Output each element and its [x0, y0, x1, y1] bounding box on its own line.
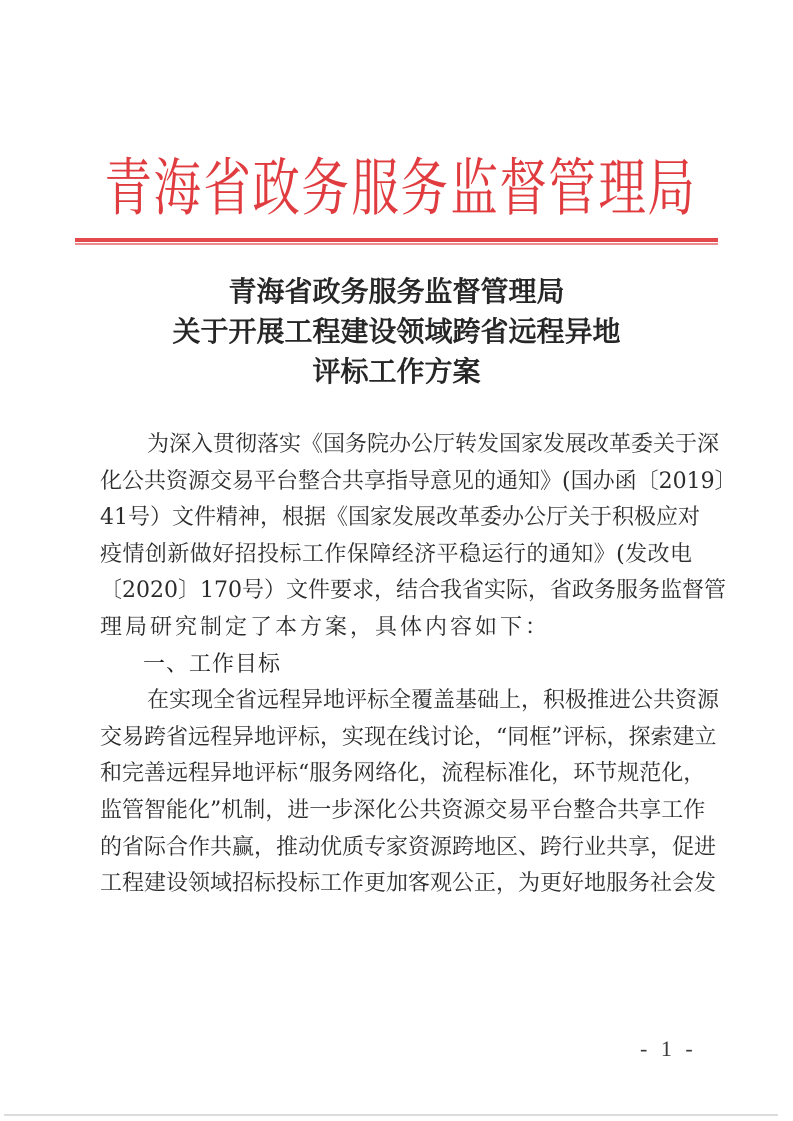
letterhead-char: 局 [647, 152, 687, 223]
letterhead-char: 督 [499, 152, 539, 223]
document-body: 为深入贯彻落实《国务院办公厅转发国家发展改革委关于深 化公共资源交易平台整合共享… [100, 427, 692, 903]
paragraph-line: 41号）文件精神，根据《国家发展改革委办公厅关于积极应对 [100, 500, 692, 537]
paragraph-line: 化公共资源交易平台整合共享指导意见的通知》(国办函〔2019〕 [100, 464, 692, 501]
letterhead-char: 务 [302, 152, 342, 223]
letterhead: 青 海 省 政 务 服 务 监 督 管 理 局 [100, 150, 692, 226]
paragraph-line: 在实现全省远程异地评标全覆盖基础上，积极推进公共资源 [100, 683, 692, 720]
title-line: 关于开展工程建设领域跨省远程异地 [0, 312, 793, 352]
letterhead-char: 青 [104, 152, 144, 223]
paragraph-line: 工程建设领域招标投标工作更加客观公正，为更好地服务社会发 [100, 866, 692, 903]
page-edge-line [4, 1114, 778, 1116]
letterhead-char: 海 [154, 152, 194, 223]
section-heading: 一、工作目标 [100, 647, 692, 684]
title-line: 评标工作方案 [0, 352, 793, 392]
letterhead-char: 服 [351, 152, 391, 223]
paragraph-line: 理局研究制定了本方案，具体内容如下： [100, 610, 692, 647]
page-number: - 1 - [640, 1036, 697, 1062]
paragraph-line: 交易跨省远程异地评标，实现在线讨论，“同框”评标，探索建立 [100, 720, 692, 757]
document-title: 青海省政务服务监督管理局 关于开展工程建设领域跨省远程异地 评标工作方案 [0, 272, 793, 392]
letterhead-divider-thin [75, 243, 718, 245]
paragraph-line: 疫情创新做好招投标工作保障经济平稳运行的通知》(发改电 [100, 537, 692, 574]
title-line: 青海省政务服务监督管理局 [0, 272, 793, 312]
paragraph-line: 监管智能化”机制，进一步深化公共资源交易平台整合共享工作 [100, 793, 692, 830]
letterhead-char: 政 [252, 152, 292, 223]
paragraph-line: 和完善远程异地评标“服务网络化，流程标准化，环节规范化， [100, 756, 692, 793]
paragraph-line: 〔2020〕170号）文件要求，结合我省实际，省政务服务监督管 [100, 573, 692, 610]
letterhead-char: 监 [450, 152, 490, 223]
paragraph-line: 的省际合作共赢，推动优质专家资源跨地区、跨行业共享，促进 [100, 830, 692, 867]
letterhead-char: 省 [203, 152, 243, 223]
paragraph-line: 为深入贯彻落实《国务院办公厅转发国家发展改革委关于深 [100, 427, 692, 464]
letterhead-char: 管 [549, 152, 589, 223]
document-page: 青 海 省 政 务 服 务 监 督 管 理 局 青海省政务服务监督管理局 关于开… [0, 0, 793, 1121]
letterhead-divider [75, 238, 718, 242]
letterhead-char: 理 [598, 152, 638, 223]
letterhead-char: 务 [401, 152, 441, 223]
